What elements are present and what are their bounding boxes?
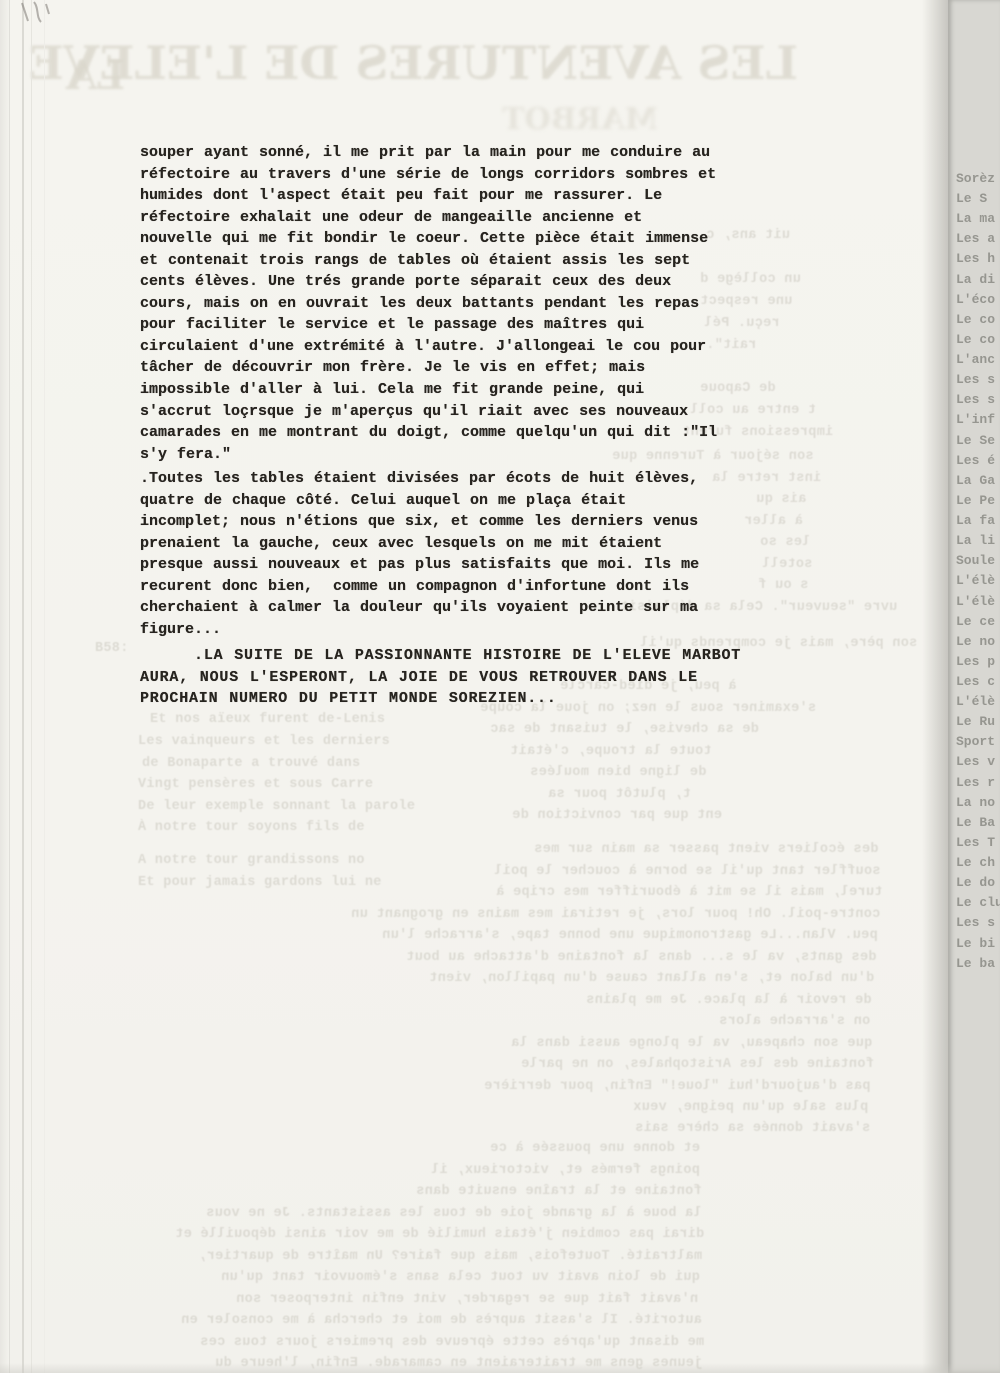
toc-entry: La Ga xyxy=(956,473,995,488)
toc-entry: Le Ru xyxy=(956,714,995,729)
bleedthrough-line: De leur exemple sonnant la parole xyxy=(138,799,415,814)
toc-entry: Le Pe xyxy=(956,493,995,508)
bleedthrough-line: ent que par conviction de xyxy=(512,808,722,823)
bleedthrough-line: et donne une poussée à ce xyxy=(490,1141,700,1156)
bleedthrough-line: n'avait fait que se regarder, vint enfin… xyxy=(236,1292,698,1307)
toc-entry: Le co xyxy=(956,312,995,327)
bleedthrough-line: on s'arrache alors xyxy=(719,1014,870,1029)
bleedthrough-line: Vingt pensères et sous Carre xyxy=(138,777,373,792)
toc-entry: Le do xyxy=(956,875,995,890)
bleedthrough-line: me disant qu'après cette épreuve des pre… xyxy=(200,1335,704,1350)
page-edge-line xyxy=(9,0,10,1373)
bleedthrough-line: t, plutôt pour sa xyxy=(548,787,691,802)
bleedthrough-line: de Bonaparte a trouvé dans xyxy=(142,756,360,771)
toc-entry: Le bi xyxy=(956,936,995,951)
toc-entry: Les r xyxy=(956,775,995,790)
bleedthrough-line: d'un balon et, s'en allant cause d'un pa… xyxy=(429,971,874,986)
toc-entry: Les s xyxy=(956,915,995,930)
toc-entry: Les v xyxy=(956,754,995,769)
bleedthrough-line: pas d'aujourd'hui "loue!" Enfin, pour de… xyxy=(484,1079,870,1094)
toc-entry: L'inf xyxy=(956,412,995,427)
bleedthrough-line: qui de loin avait vu tout cela sans s'ém… xyxy=(221,1270,700,1285)
toc-entry: Le ba xyxy=(956,956,995,971)
bleedthrough-line: Et nos aïeux furent de-Lenis xyxy=(150,712,385,727)
bleedthrough-line: contre-poil. Oh! pour lors, je retirai m… xyxy=(351,907,880,922)
toc-entry: Les é xyxy=(956,453,995,468)
toc-entry: Le S xyxy=(956,191,987,206)
bleedthrough-headline-marbot: MARBOT xyxy=(455,102,705,137)
story-paragraph-2: .Toutes les tables étaient divisées par … xyxy=(140,468,780,640)
page-stack-edge xyxy=(0,0,9,1373)
toc-entry: La di xyxy=(956,272,995,287)
next-issue-announcement: .LA SUITE DE LA PASSIONNANTE HISTOIRE DE… xyxy=(140,645,800,710)
toc-entry: L'éco xyxy=(956,292,995,307)
bleedthrough-line: fontaine des les Aristophales, on ne par… xyxy=(521,1057,874,1072)
bleedthrough-headline: LES AVENTURES DE L'ELEVE xyxy=(168,36,798,90)
bleedthrough-line: de ligne bien moulées xyxy=(530,765,706,780)
toc-entry: Le Ba xyxy=(956,815,995,830)
bleedthrough-line: de revoir à la place. Je me plains xyxy=(586,993,872,1008)
toc-entry: Les s xyxy=(956,372,995,387)
toc-entry: Le no xyxy=(956,634,995,649)
toc-entry: La no xyxy=(956,795,995,810)
toc-entry: Le clu xyxy=(956,895,1000,910)
bleedthrough-headline-la: LA xyxy=(66,52,125,99)
bleedthrough-line: s'avait donnée sa chère sais xyxy=(635,1121,870,1136)
toc-entry: Le Se xyxy=(956,433,995,448)
toc-entry: La li xyxy=(956,533,995,548)
toc-entry: Les a xyxy=(956,231,995,246)
toc-entry: Les h xyxy=(956,251,995,266)
bleedthrough-line: maltraité. Toutefois, mais que faire? Un… xyxy=(198,1249,702,1264)
toc-entry: Les T xyxy=(956,835,995,850)
toc-entry: L'élè xyxy=(956,573,995,588)
bleedthrough-line: des écoliers vient passer sa main sur me… xyxy=(534,842,878,857)
toc-entry: L'élè xyxy=(956,694,995,709)
bleedthrough-line: toute la troupe, c'était xyxy=(510,744,712,759)
story-paragraph-1: souper ayant sonné, il me prit par la ma… xyxy=(140,142,780,465)
toc-entry: Soule xyxy=(956,553,995,568)
next-page-toc-strip: SorèzLe SLa maLes aLes hLa diL'écoLe coL… xyxy=(948,0,1000,1373)
toc-entry: Les s xyxy=(956,392,995,407)
toc-entry: Le ce xyxy=(956,614,995,629)
bleedthrough-line: turel, mais il se mit à ébouriffer mes c… xyxy=(496,885,882,900)
bleedthrough-line: fontaine et la traîne ensuite dans xyxy=(416,1184,702,1199)
bleedthrough-line: la boue à la grande joie de tous les ass… xyxy=(206,1206,702,1221)
toc-entry: L'anc xyxy=(956,352,995,367)
pencil-mark xyxy=(10,0,60,34)
bleedthrough-line: Les vainqueurs et les derniers xyxy=(138,734,390,749)
toc-entry: Les c xyxy=(956,674,995,689)
page-edge-line xyxy=(44,0,45,1373)
bleedthrough-line: plus sale qu'un peigne, veux xyxy=(633,1100,868,1115)
toc-entry: La fa xyxy=(956,513,995,528)
toc-entry: La ma xyxy=(956,211,995,226)
page-fold-shadow xyxy=(922,0,948,1373)
bleedthrough-line: poings fermés et, victorieux, il xyxy=(431,1163,700,1178)
toc-entry: Les p xyxy=(956,654,995,669)
bleedthrough-line: À notre tour soyons fils de xyxy=(138,820,365,835)
bleedthrough-line: de sa chevise, le tuisant de sac xyxy=(490,722,759,737)
page-edge-line xyxy=(31,0,32,1373)
bleedthrough-line: que son chapeau, va le plonge aussi dans… xyxy=(511,1036,872,1051)
bleedthrough-line: B58: xyxy=(95,641,129,656)
toc-entry: Sport xyxy=(956,734,995,749)
bleedthrough-line: A notre tour grandissons no xyxy=(138,853,365,868)
toc-entry: Le co xyxy=(956,332,995,347)
page-bottom-edge xyxy=(0,1363,1000,1373)
toc-entry: Le ch xyxy=(956,855,995,870)
bleedthrough-line: dirai pas combien j'étais humilié de me … xyxy=(175,1227,704,1242)
bleedthrough-line: Et pour jamais gardons lui ne xyxy=(138,875,382,890)
toc-entry: Sorèz xyxy=(956,171,995,186)
toc-entry: L'élè xyxy=(956,594,995,609)
page-edge-line xyxy=(22,0,24,1373)
scanned-page: LA LES AVENTURES DE L'ELEVE MARBOT uit a… xyxy=(0,0,1000,1373)
bleedthrough-line: autorité. Il s'assit auprès de moi et ch… xyxy=(181,1313,702,1328)
bleedthrough-line: peu. Vlan...Le gastronomique une bonne t… xyxy=(382,928,878,943)
bleedthrough-line: des gants, va le s... dans la fontaine d… xyxy=(406,950,876,965)
bleedthrough-line: souffler tant qu'il se borne à coucher l… xyxy=(494,864,880,879)
